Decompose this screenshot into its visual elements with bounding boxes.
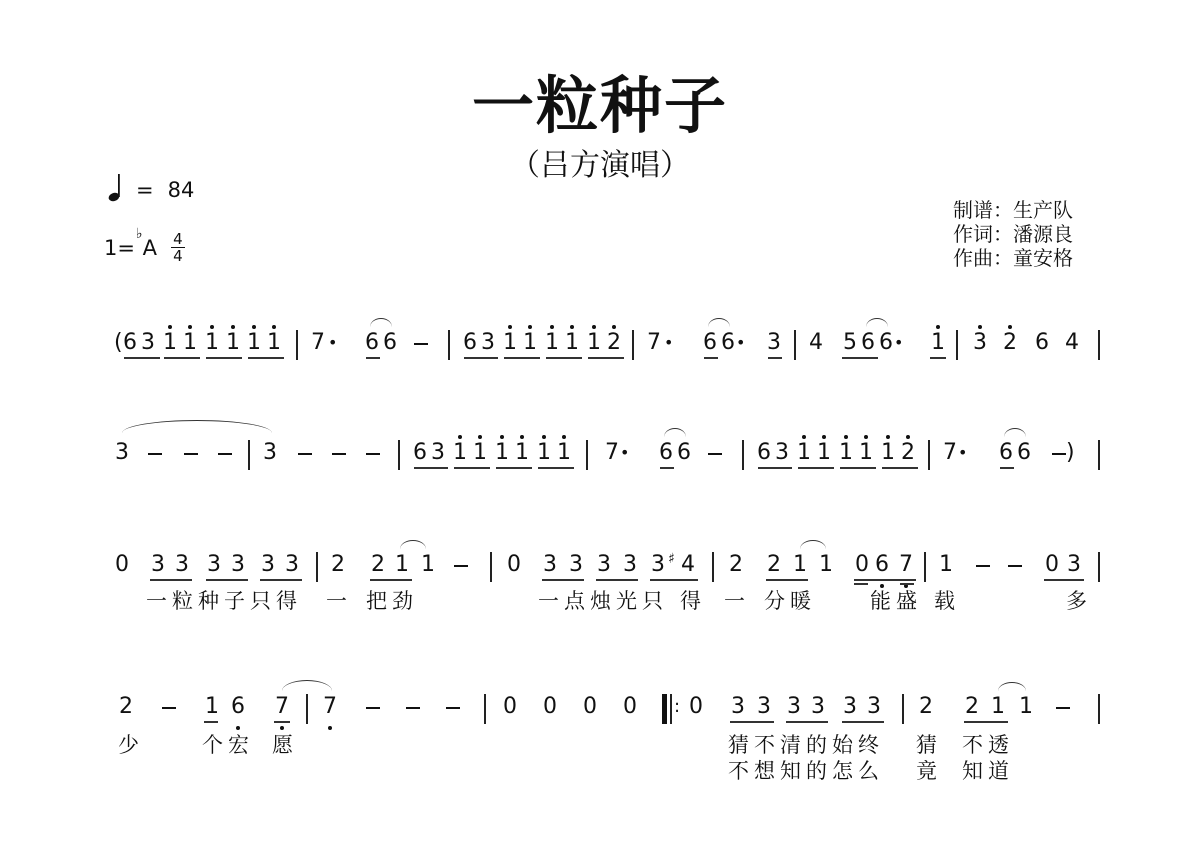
note: 0 — [582, 694, 598, 720]
note: 6 — [998, 440, 1014, 466]
tempo-equals: = — [136, 178, 154, 202]
note: 3 — [542, 552, 558, 578]
note: 7 — [646, 330, 662, 356]
lyric: 得 — [680, 588, 706, 614]
time-signature: 4 4 — [171, 232, 185, 263]
note: 3 — [430, 440, 446, 466]
note: 6 — [230, 694, 246, 720]
credits: 制谱：生产队 作词：潘源良 作曲：童安格 — [953, 198, 1073, 270]
note: 2 — [330, 552, 346, 578]
note: 1 — [204, 694, 220, 720]
lyric: 分暖 — [764, 588, 816, 614]
note: 3 — [650, 552, 666, 578]
note: 0 — [1044, 552, 1060, 578]
note: 1 — [792, 552, 808, 578]
note: 6 — [874, 552, 890, 578]
note: 1 — [930, 330, 946, 356]
note: 6 — [412, 440, 428, 466]
note: 1 — [522, 330, 538, 356]
repeat-start-icon — [662, 694, 667, 724]
time-top: 4 — [173, 232, 183, 246]
note: 3 — [842, 694, 858, 720]
flat-icon: ♭ — [136, 226, 143, 242]
lyric: 多 — [1066, 588, 1092, 614]
note: 2 — [766, 552, 782, 578]
note: 6 — [382, 330, 398, 356]
lyric: 少 — [118, 732, 144, 758]
note: 1 — [816, 440, 832, 466]
note: 3 — [114, 440, 130, 466]
note: 3 — [972, 330, 988, 356]
note: 4 — [680, 552, 696, 578]
lyric-verse-1: 不透 — [962, 732, 1014, 758]
credit-lyricist: 作词：潘源良 — [953, 222, 1073, 246]
note: 0 — [622, 694, 638, 720]
note: 1 — [544, 330, 560, 356]
note: 7 — [322, 694, 338, 720]
note: 1 — [990, 694, 1006, 720]
note: 6 — [720, 330, 736, 356]
note: 3 — [774, 440, 790, 466]
note: 3 — [1066, 552, 1082, 578]
note: 3 — [730, 694, 746, 720]
key-signature: 1= ♭ A 4 4 — [104, 232, 185, 263]
dot: • — [736, 330, 745, 356]
note: 3 — [174, 552, 190, 578]
credit-composer: 作曲：童安格 — [953, 246, 1073, 270]
dot: • — [328, 330, 337, 356]
note: 7 — [274, 694, 290, 720]
time-bottom: 4 — [173, 249, 183, 263]
note: 3 — [284, 552, 300, 578]
note: 4 — [1064, 330, 1080, 356]
lyric-verse-2: 竟 — [916, 758, 942, 784]
note: 6 — [1016, 440, 1032, 466]
note: 6 — [658, 440, 674, 466]
note: 1 — [818, 552, 834, 578]
credit-arranger: 制谱：生产队 — [953, 198, 1073, 222]
dot: • — [894, 330, 903, 356]
note: 6 — [364, 330, 380, 356]
sharp-icon: ♯ — [668, 546, 675, 572]
note: 6 — [860, 330, 876, 356]
note: 7 — [604, 440, 620, 466]
dot: • — [958, 440, 967, 466]
note: 1 — [420, 552, 436, 578]
lyric-verse-2: 知道 — [962, 758, 1014, 784]
note: 1 — [266, 330, 282, 356]
note: 3 — [766, 330, 782, 356]
tempo-marking: = 84 — [108, 172, 194, 207]
note: 3 — [262, 440, 278, 466]
lyric: 把劲 — [366, 588, 418, 614]
lyric: 一 — [326, 588, 352, 614]
note: 2 — [728, 552, 744, 578]
note: 3 — [596, 552, 612, 578]
lyric: 一 — [724, 588, 750, 614]
note: 1 — [838, 440, 854, 466]
note: 1 — [204, 330, 220, 356]
note: 3 — [260, 552, 276, 578]
score-line-4: 2 1 6 7 7 0 0 0 0 : 0 3 3 3 3 3 3 2 2 1 … — [0, 694, 1200, 794]
note: 1 — [494, 440, 510, 466]
dot: • — [620, 440, 629, 466]
note: 0 — [114, 552, 130, 578]
note: 3 — [810, 694, 826, 720]
note: 3 — [206, 552, 222, 578]
song-title: 一粒种子 — [0, 66, 1200, 146]
note: 0 — [506, 552, 522, 578]
note: 4 — [808, 330, 824, 356]
note: 2 — [1002, 330, 1018, 356]
note: 2 — [606, 330, 622, 356]
note: 1 — [564, 330, 580, 356]
tempo-bpm: 84 — [168, 178, 195, 202]
note: 1 — [938, 552, 954, 578]
note: 1 — [514, 440, 530, 466]
note: 7 — [310, 330, 326, 356]
note: 5 — [842, 330, 858, 356]
lyric: 一点烛光只 — [538, 588, 668, 614]
note: 3 — [866, 694, 882, 720]
key-prefix: 1= — [104, 236, 135, 260]
note: 6 — [1034, 330, 1050, 356]
lyric-verse-1: 猜不清的始终 — [728, 732, 884, 758]
score-line-3: 0 3 3 3 3 3 3 2 2 1 1 0 3 3 3 3 3 ♯ 4 2 … — [0, 552, 1200, 622]
note: 6 — [462, 330, 478, 356]
note: 0 — [688, 694, 704, 720]
note: 1 — [858, 440, 874, 466]
quarter-note-icon — [108, 172, 122, 207]
note: 0 — [502, 694, 518, 720]
note: 6 — [756, 440, 772, 466]
lyric: 个宏 — [202, 732, 254, 758]
note: 1 — [796, 440, 812, 466]
note: 6 — [878, 330, 894, 356]
note: 1 — [556, 440, 572, 466]
note: 1 — [472, 440, 488, 466]
note: 6 — [122, 330, 138, 356]
note: 1 — [586, 330, 602, 356]
note: 3 — [622, 552, 638, 578]
lyric: 能盛 — [870, 588, 922, 614]
note: 3 — [786, 694, 802, 720]
note: 1 — [452, 440, 468, 466]
note: 2 — [900, 440, 916, 466]
note: 3 — [756, 694, 772, 720]
note: 2 — [918, 694, 934, 720]
repeat-dots: : — [674, 694, 680, 720]
note: 1 — [162, 330, 178, 356]
lyric: 载 — [934, 588, 960, 614]
note: 3 — [568, 552, 584, 578]
score-line-2: 3 3 6 3 1 1 1 1 1 1 7 • 6 6 6 3 1 1 1 1 … — [0, 440, 1200, 500]
note: 1 — [880, 440, 896, 466]
key-tonic: A — [143, 236, 157, 260]
note: 1 — [536, 440, 552, 466]
note: 2 — [964, 694, 980, 720]
score-line-1: ( 6 3 1 1 1 1 1 1 7 • 6 6 6 3 1 1 1 1 1 … — [0, 330, 1200, 390]
note: 6 — [702, 330, 718, 356]
note: 0 — [542, 694, 558, 720]
dot: • — [664, 330, 673, 356]
note: 0 — [854, 552, 870, 578]
note: 3 — [480, 330, 496, 356]
note: 3 — [140, 330, 156, 356]
note: 1 — [394, 552, 410, 578]
note: 1 — [225, 330, 241, 356]
lyric-verse-1: 猜 — [916, 732, 942, 758]
lyric: 一粒种子只得 — [146, 588, 302, 614]
note: 3 — [150, 552, 166, 578]
lyric: 愿 — [272, 732, 298, 758]
note: 2 — [370, 552, 386, 578]
close-paren: ) — [1066, 440, 1075, 466]
note: 1 — [246, 330, 262, 356]
note: 1 — [182, 330, 198, 356]
note: 3 — [230, 552, 246, 578]
lyric-verse-2: 不想知的怎么 — [728, 758, 884, 784]
note: 1 — [1018, 694, 1034, 720]
note: 6 — [676, 440, 692, 466]
note: 7 — [898, 552, 914, 578]
note: 1 — [502, 330, 518, 356]
note: 7 — [942, 440, 958, 466]
note: 2 — [118, 694, 134, 720]
